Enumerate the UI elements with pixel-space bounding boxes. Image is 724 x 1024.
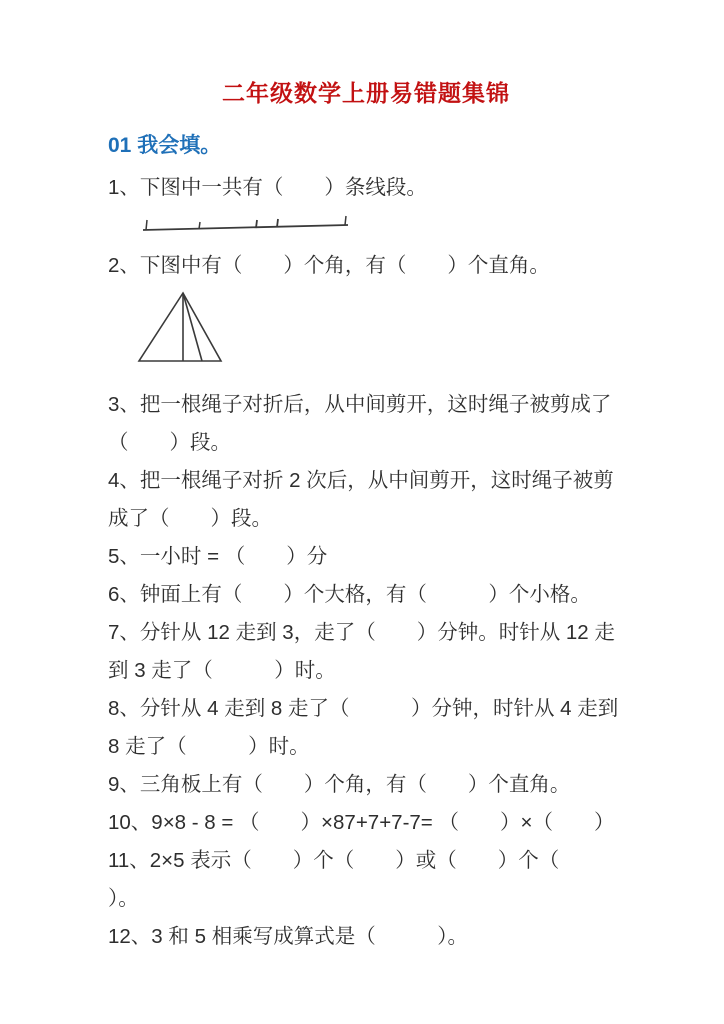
question-2: 2、下图中有（ ）个角，有（ ）个直角。 bbox=[108, 247, 624, 285]
triangle-outline bbox=[139, 293, 221, 361]
segment-tick bbox=[277, 219, 278, 227]
question-3: 3、把一根绳子对折后，从中间剪开，这时绳子被剪成了（ ）段。 bbox=[108, 386, 624, 462]
triangle-svg bbox=[130, 290, 230, 364]
question-1: 1、下图中一共有（ ）条线段。 bbox=[108, 169, 624, 207]
question-9: 9、三角板上有（ ）个角，有（ ）个直角。 bbox=[108, 766, 624, 804]
question-8: 8、分针从 4 走到 8 走了（ ）分钟，时针从 4 走到 8 走了（ ）时。 bbox=[108, 690, 624, 766]
segment-tick bbox=[146, 220, 147, 230]
line-segment-svg bbox=[141, 212, 353, 238]
page-title: 二年级数学上册易错题集锦 bbox=[108, 78, 624, 108]
question-11: 11、2×5 表示（ ）个（ ）或（ ）个（ ）。 bbox=[108, 842, 624, 918]
triangle-figure bbox=[130, 290, 624, 364]
line-segment-figure bbox=[141, 212, 624, 238]
question-5: 5、一小时 = （ ）分 bbox=[108, 538, 624, 576]
question-4: 4、把一根绳子对折 2 次后，从中间剪开，这时绳子被剪成了（ ）段。 bbox=[108, 462, 624, 538]
question-6: 6、钟面上有（ ）个大格，有（ ）个小格。 bbox=[108, 576, 624, 614]
segment-tick bbox=[199, 222, 200, 229]
question-10: 10、9×8 - 8 = （ ）×87+7+7-7= （ ）×（ ） bbox=[108, 804, 624, 842]
question-12: 12、3 和 5 相乘写成算式是（ ）。 bbox=[108, 918, 624, 956]
segment-tick bbox=[345, 216, 346, 225]
segment-tick bbox=[256, 220, 257, 228]
section-heading: 01 我会填。 bbox=[108, 132, 624, 160]
worksheet-page: 二年级数学上册易错题集锦 01 我会填。 1、下图中一共有（ ）条线段。 2、下… bbox=[0, 0, 724, 1024]
segment-line bbox=[143, 225, 348, 230]
triangle-inner-line bbox=[183, 293, 202, 361]
question-7: 7、分针从 12 走到 3，走了（ ）分钟。时针从 12 走到 3 走了（ ）时… bbox=[108, 614, 624, 690]
